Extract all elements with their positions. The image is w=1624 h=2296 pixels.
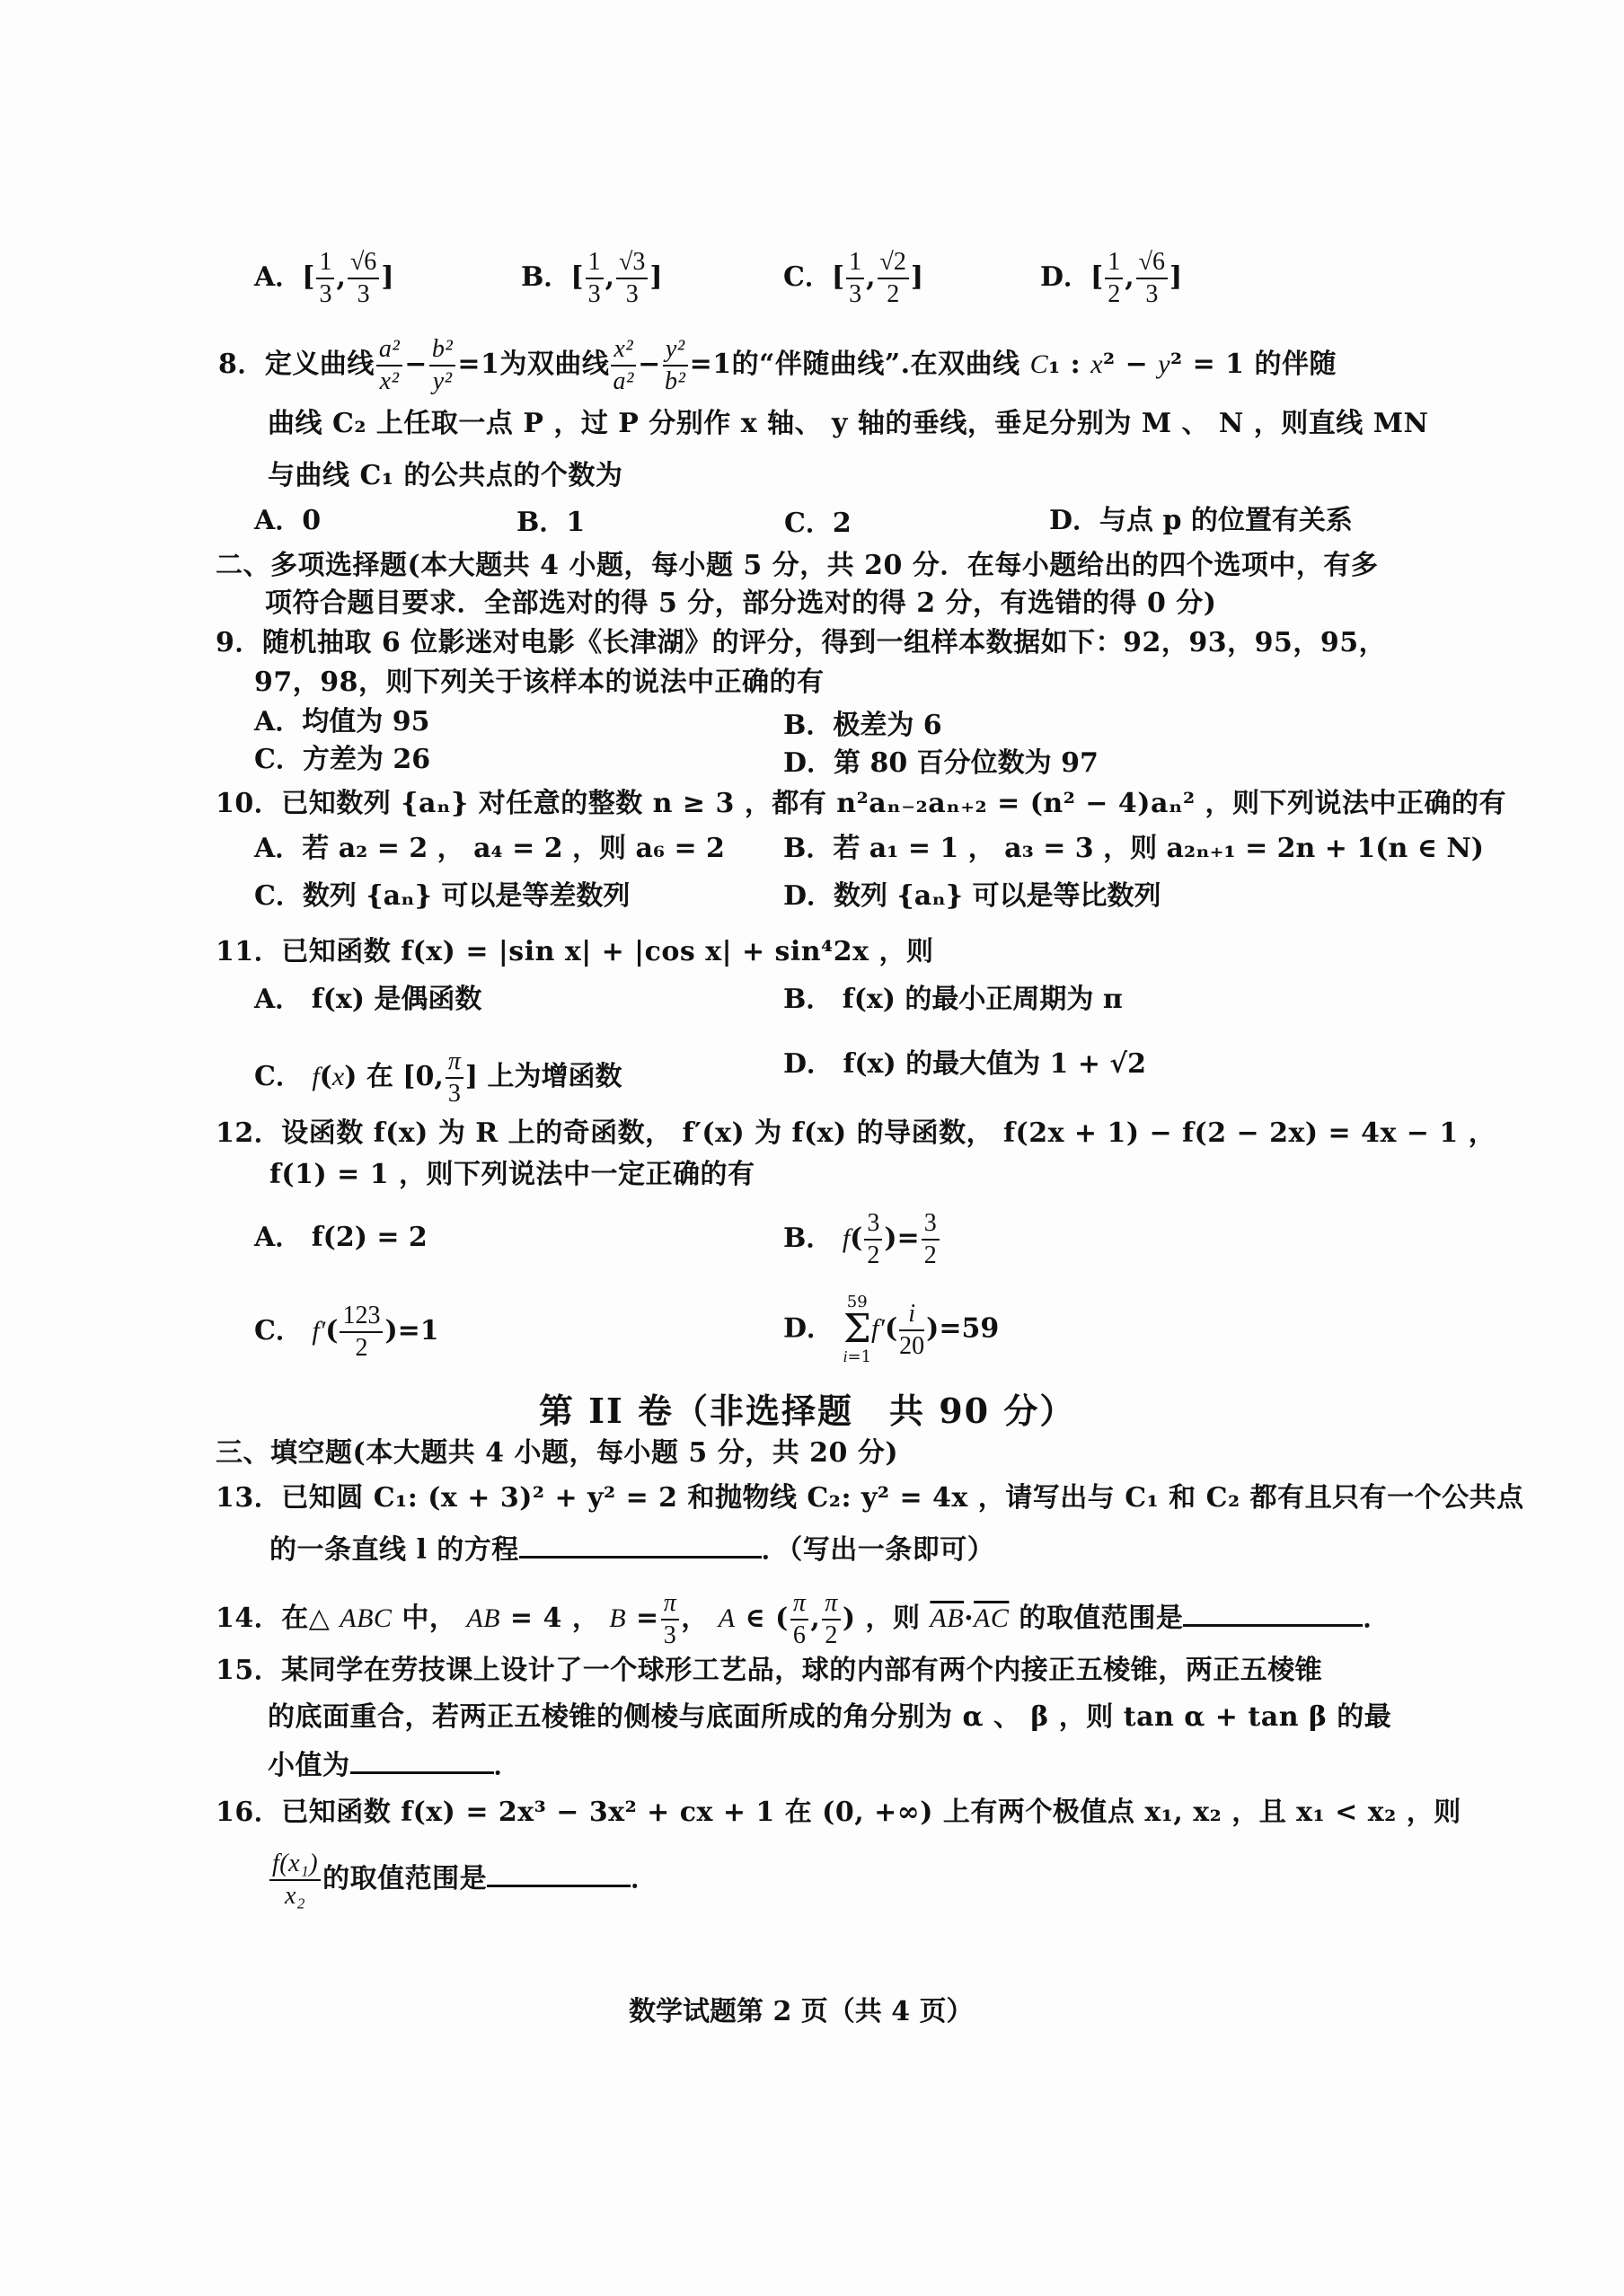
q13-answer-blank[interactable] (519, 1529, 762, 1559)
part2-title: 第 II 卷（非选择题 共 90 分） (539, 1383, 1075, 1433)
exam-page: A．[13,√63] B．[13,√33] C．[13,√22] D．[12,√… (0, 0, 1624, 2296)
q14-answer-blank[interactable] (1183, 1597, 1363, 1627)
q12-stem-line2: f(1) = 1 ，则下列说法中一定正确的有 (269, 1157, 755, 1193)
q11-option-c: C． f(x) 在 [0,π3] 上为增函数 (254, 1046, 622, 1109)
q15-stem-line2: 的底面重合，若两正五棱锥的侧棱与底面所成的角分别为 α 、 β ，则 tan α… (268, 1700, 1391, 1735)
q7-option-d: D．[12,√63] (1040, 247, 1182, 310)
q16-stem-line1: 16．已知函数 f(x) = 2x³ − 3x² + cx + 1 在 (0, … (216, 1795, 1461, 1831)
section2-header-line1: 二、多项选择题(本大题共 4 小题，每小题 5 分，共 20 分．在每小题给出的… (216, 548, 1378, 584)
q10-option-b: B．若 a₁ = 1 ， a₃ = 3 ，则 a₂ₙ₊₁ = 2n + 1(n … (783, 831, 1484, 867)
q9-option-c: C．方差为 26 (254, 742, 430, 778)
q12-option-a: A． f(2) = 2 (254, 1220, 428, 1256)
q11-option-d: D． f(x) 的最大值为 1 + √2 (783, 1046, 1146, 1082)
q13-text-post: ．（写出一条即可） (762, 1534, 995, 1566)
q9-option-d: D．第 80 百分位数为 97 (783, 746, 1099, 782)
q10-option-a: A．若 a₂ = 2 ， a₄ = 2 ，则 a₆ = 2 (254, 831, 725, 867)
section3-header: 三、填空题(本大题共 4 小题，每小题 5 分，共 20 分) (216, 1435, 898, 1471)
q8-option-d: D．与点 p 的位置有关系 (1049, 503, 1353, 539)
q8-option-c: C．2 (784, 506, 852, 542)
q11-option-a: A． f(x) 是偶函数 (254, 982, 481, 1018)
q9-stem-line2: 97，98，则下列关于该样本的说法中正确的有 (254, 665, 825, 701)
q7-option-a: A．[13,√63] (254, 247, 394, 310)
q15-answer-blank[interactable] (350, 1744, 494, 1774)
q8-option-a: A．0 (254, 503, 321, 539)
q10-stem: 10．已知数列 {aₙ} 对任意的整数 n ≥ 3 ，都有 n²aₙ₋₂aₙ₊₂… (216, 786, 1506, 822)
section2-header-line2: 项符合题目要求．全部选对的得 5 分，部分选对的得 2 分，有选错的得 0 分) (265, 586, 1216, 622)
q9-stem-line1: 9．随机抽取 6 位影迷对电影《长津湖》的评分，得到一组样本数据如下：92，93… (216, 625, 1386, 661)
q12-stem-line1: 12．设函数 f(x) 为 R 上的奇函数， f′(x) 为 f(x) 的导函数… (216, 1116, 1496, 1152)
q11-stem: 11．已知函数 f(x) = |sin x| + |cos x| + sin⁴2… (216, 934, 933, 970)
q12-option-b: B． f(32)=32 (783, 1208, 941, 1271)
q13-stem-line2: 的一条直线 l 的方程．（写出一条即可） (269, 1529, 994, 1568)
q8-stem-line3: 与曲线 C₁ 的公共点的个数为 (268, 458, 622, 494)
q8-stem-line2: 曲线 C₂ 上任取一点 P ，过 P 分别作 x 轴、 y 轴的垂线，垂足分别为… (268, 406, 1428, 442)
q16-answer-blank[interactable] (487, 1858, 631, 1887)
page-footer: 数学试题第 2 页（共 4 页） (629, 1989, 974, 2028)
q9-option-a: A．均值为 95 (254, 704, 429, 740)
q11-option-b: B． f(x) 的最小正周期为 π (783, 982, 1123, 1018)
q13-text: 的一条直线 l 的方程 (269, 1534, 519, 1566)
q12-option-c: C． f′(1232)=1 (254, 1301, 439, 1364)
q10-option-d: D．数列 {aₙ} 可以是等比数列 (783, 879, 1161, 914)
q10-option-c: C．数列 {aₙ} 可以是等差数列 (254, 879, 630, 914)
q13-stem-line1: 13．已知圆 C₁: (x + 3)² + y² = 2 和抛物线 C₂: y²… (216, 1480, 1524, 1516)
q7-option-c: C．[13,√22] (783, 247, 923, 310)
q15-stem-line3: 小值为． (268, 1744, 521, 1784)
q16-stem-line2: f(x₁)x₂的取值范围是． (268, 1849, 658, 1912)
q15-stem-line1: 15．某同学在劳技课上设计了一个球形工艺品，球的内部有两个内接正五棱锥，两正五棱… (216, 1653, 1322, 1689)
q14-stem: 14．在△ ABC 中， AB = 4 ， B =π3， A ∈ (π6,π2)… (216, 1588, 1390, 1651)
q9-option-b: B．极差为 6 (783, 708, 942, 744)
q12-option-d: D． 59Σi=1f′(i20)=59 (783, 1294, 999, 1366)
q8-stem-line1: 8．定义曲线a²x²−b²y²=1为双曲线x²a²−y²b²=1的“伴随曲线”.… (218, 334, 1337, 397)
q7-option-b: B．[13,√33] (521, 247, 663, 310)
q8-option-b: B．1 (516, 505, 585, 541)
